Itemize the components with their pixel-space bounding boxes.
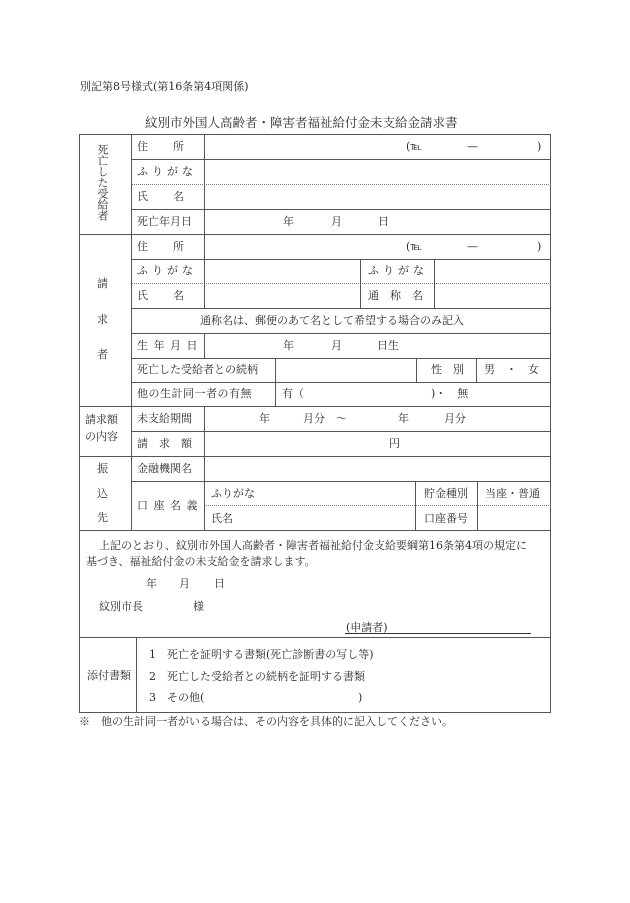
claimant-sex-label: 性 別 [431, 364, 464, 375]
claimant-name-label: 氏 名 [137, 290, 185, 301]
transfer-account-number-field[interactable] [478, 507, 550, 529]
deceased-address-label: 住 所 [137, 141, 185, 152]
attachments-label: 添付書類 [87, 670, 131, 681]
deceased-death-month: 月 [331, 216, 342, 227]
deceased-death-year: 年 [283, 216, 294, 227]
statement-addressee: 紋別市長 [99, 601, 143, 612]
claim-period-label: 未支給期間 [137, 413, 192, 424]
claimant-household-label: 他の生計同一者の有無 [137, 388, 252, 399]
claimant-tel-prefix: (℡ [406, 241, 422, 252]
claimant-name-field[interactable] [205, 285, 359, 307]
rule [79, 530, 551, 531]
attachment-3-other-field[interactable] [210, 688, 355, 706]
rule [79, 637, 551, 638]
transfer-account-type-options[interactable]: 当座・普通 [485, 488, 540, 499]
claimant-household-no[interactable]: )・ 無 [431, 388, 468, 399]
claimant-section-char-2: 求 [97, 314, 108, 325]
transfer-holder-name-label: 氏名 [211, 513, 233, 524]
claimant-tel-suffix: ) [537, 241, 541, 252]
claimant-relation-field[interactable] [276, 359, 415, 381]
rule [131, 134, 132, 530]
claim-amount-label: 請 求 額 [137, 438, 192, 449]
attachment-2-text: 死亡した受給者との続柄を証明する書類 [167, 671, 365, 682]
claimant-furigana-label: ふりがな [137, 265, 197, 276]
page-title: 紋別市外国人高齢者・障害者福祉給付金未支給金請求書 [145, 117, 458, 130]
claimant-household-yes[interactable]: 有（ [282, 388, 304, 399]
transfer-account-number-label: 口座番号 [424, 513, 468, 524]
deceased-furigana-label: ふりがな [137, 166, 197, 177]
transfer-holder-furigana-field[interactable] [260, 482, 414, 504]
claim-section-label-2: の内容 [85, 431, 118, 442]
rule-dotted [204, 505, 551, 506]
transfer-bank-field[interactable] [205, 457, 550, 480]
claimant-relation-label: 死亡した受給者との続柄 [137, 364, 258, 375]
applicant-signature-field[interactable] [392, 617, 530, 632]
rule [131, 308, 551, 309]
claimant-birth-year: 年 [283, 340, 294, 351]
attachment-1-num: 1 [149, 649, 156, 660]
claim-amount-field[interactable] [205, 432, 550, 455]
deceased-tel-field[interactable] [420, 137, 535, 157]
transfer-holder-name-field[interactable] [240, 507, 414, 529]
claimant-section-char-3: 者 [97, 349, 108, 360]
claimant-alias-field[interactable] [435, 285, 550, 307]
claim-period-from-year: 年 [259, 413, 270, 424]
transfer-section-char-1: 振 [97, 463, 108, 474]
claimant-address-field[interactable] [205, 235, 550, 258]
claim-period-field[interactable] [205, 407, 550, 430]
statement-honorific: 様 [193, 601, 204, 612]
claimant-sex-options[interactable]: 男 ・ 女 [484, 364, 539, 375]
claimant-section-char-1: 請 [97, 278, 108, 289]
claimant-household-detail-field[interactable] [305, 384, 425, 404]
claimant-birth-day: 日生 [377, 340, 399, 351]
claimant-alias-note: 通称名は、郵便のあて名として希望する場合のみ記入 [200, 315, 464, 326]
attachment-2-num: 2 [149, 671, 156, 682]
attachment-3-close: ) [358, 692, 362, 703]
transfer-section-char-2: 込 [97, 488, 108, 499]
claimant-tel-dash: — [467, 241, 478, 252]
rule [131, 382, 551, 383]
claimant-alias-furigana-field[interactable] [435, 260, 550, 282]
deceased-furigana-field[interactable] [205, 160, 550, 183]
transfer-account-type-label: 貯金種別 [424, 488, 468, 499]
claimant-alias-furigana-label: ふりがな [368, 265, 428, 276]
claimant-birth-month: 月 [331, 340, 342, 351]
attachment-1-text: 死亡を証明する書類(死亡診断書の写し等) [167, 649, 374, 660]
rule [476, 358, 477, 382]
claim-period-from-month: 月分 ～ [303, 413, 347, 424]
claim-amount-unit: 円 [389, 438, 400, 449]
footnote: ※ 他の生計同一者がいる場合は、その内容を具体的に記入してください。 [79, 716, 453, 727]
deceased-section-label: 死亡した受給者 [95, 144, 109, 221]
rule [415, 481, 416, 530]
applicant-signature-line [345, 633, 531, 634]
rule [360, 259, 361, 308]
attachment-3-num: 3 [149, 692, 156, 703]
deceased-death-date-label: 死亡年月日 [137, 216, 192, 227]
transfer-bank-label: 金融機関名 [137, 463, 192, 474]
deceased-tel-suffix: ) [537, 141, 541, 152]
claimant-furigana-field[interactable] [205, 260, 359, 282]
statement-line-1: 上記のとおり、紋別市外国人高齢者・障害者福祉給付金支給要綱第16条第4項の規定に [99, 540, 527, 551]
transfer-holder-furigana-label: ふりがな [211, 488, 255, 499]
transfer-holder-label: 口 座 名 義 [137, 500, 199, 511]
rule-dotted [131, 283, 551, 284]
claimant-birth-date-label: 生 年 月 日 [137, 340, 199, 351]
claim-period-to-month: 月分 [444, 413, 466, 424]
transfer-section-char-3: 先 [97, 512, 108, 523]
claimant-address-label: 住 所 [137, 241, 185, 252]
deceased-name-label: 氏 名 [137, 191, 185, 202]
attachment-3-text: その他( [167, 692, 204, 703]
claimant-alias-label: 通 称 名 [368, 290, 423, 301]
deceased-death-day: 日 [378, 216, 389, 227]
statement-line-2: 基づき、福祉給付金の未支給金を請求します。 [86, 556, 316, 567]
statement-date-field[interactable] [100, 574, 230, 592]
claim-section-label-1: 請求額 [85, 414, 118, 425]
applicant-label: (申請者) [346, 622, 388, 633]
deceased-name-field[interactable] [205, 185, 550, 208]
rule [416, 358, 417, 382]
rule [136, 637, 137, 713]
claim-period-to-year: 年 [398, 413, 409, 424]
form-number: 別記第8号様式(第16条第4項関係) [80, 81, 249, 92]
